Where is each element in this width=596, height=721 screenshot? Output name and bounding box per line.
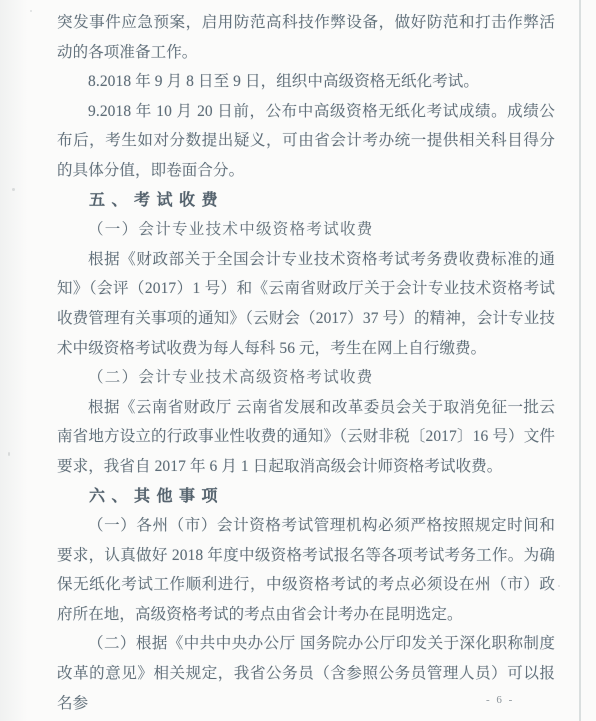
subsection-heading-5-1: （一）会计专业技术中级资格考试收费 xyxy=(57,215,555,245)
paragraph-other-2: （二）根据《中共中央办公厅 国务院办公厅印发关于深化职称制度改革的意见》相关规定… xyxy=(57,629,555,718)
subsection-heading-5-2: （二）会计专业技术高级资格考试收费 xyxy=(57,363,555,393)
paragraph-other-1: （一）各州（市）会计资格考试管理机构必须严格按照规定时间和要求，认真做好 201… xyxy=(57,511,555,629)
scan-speck xyxy=(558,585,560,587)
paragraph-continuation: 突发事件应急预案，启用防范高科技作弊设备，做好防范和打击作弊活动的各项准备工作。 xyxy=(57,8,555,67)
section-heading-6: 六、其他事项 xyxy=(57,482,555,512)
scan-speck xyxy=(8,452,10,456)
page-number: - 6 - xyxy=(486,694,514,706)
scan-speck xyxy=(30,10,32,12)
paragraph-fee-senior: 根据《云南省财政厅 云南省发展和改革委员会关于取消免征一批云南省地方设立的行政事… xyxy=(57,393,555,482)
document-text: 突发事件应急预案，启用防范高科技作弊设备，做好防范和打击作弊活动的各项准备工作。… xyxy=(57,8,555,718)
scan-edge-line xyxy=(579,0,581,721)
paragraph-item-8: 8.2018 年 9 月 8 日至 9 日，组织中高级资格无纸化考试。 xyxy=(57,67,555,97)
section-heading-5: 五、考试收费 xyxy=(57,186,555,216)
scan-speck xyxy=(12,188,15,191)
document-page: 突发事件应急预案，启用防范高科技作弊设备，做好防范和打击作弊活动的各项准备工作。… xyxy=(0,0,596,721)
paragraph-fee-intermediate: 根据《财政部关于全国会计专业技术资格考试考务费收费标准的通知》（会评（2017）… xyxy=(57,245,555,363)
paragraph-item-9: 9.2018 年 10 月 20 日前，公布中高级资格无纸化考试成绩。成绩公布后… xyxy=(57,97,555,186)
